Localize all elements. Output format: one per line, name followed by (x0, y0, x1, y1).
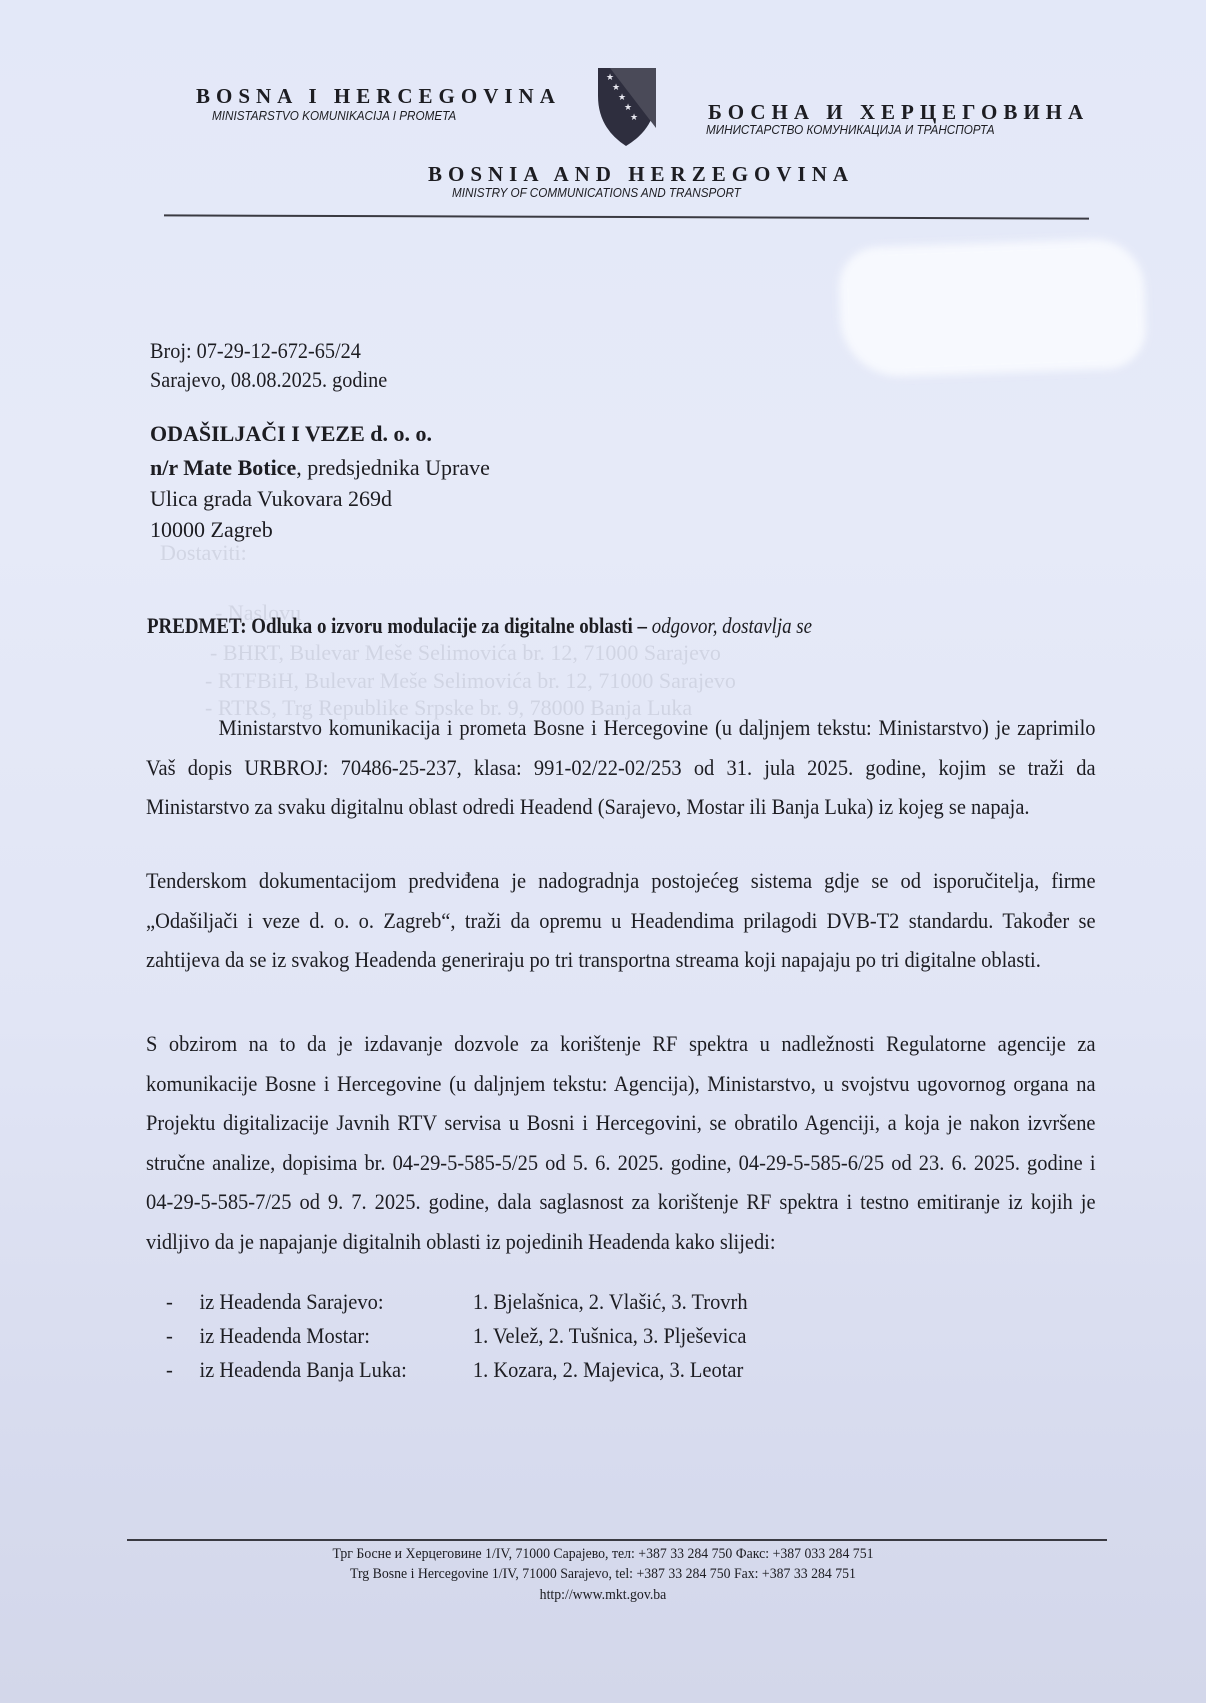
footer-address-latin: Trg Bosne i Hercegovine 1/IV, 71000 Sara… (48, 1566, 1158, 1583)
subject-label: PREDMET: (147, 613, 247, 638)
recipient-role: , predsjednika Uprave (296, 455, 490, 480)
subject-text: Odluka o izvoru modulacije za digitalne … (251, 613, 647, 638)
letterhead-title-english: BOSNIA AND HERZEGOVINA (428, 162, 854, 187)
list-item: - iz Headenda Banja Luka: 1. Kozara, 2. … (166, 1357, 173, 1383)
paragraph-2: Tenderskom dokumentacijom predviđena je … (146, 861, 1096, 980)
header-divider (164, 214, 1089, 219)
document-number: Broj: 07-29-12-672-65/24 (150, 340, 361, 362)
paragraph-3: S obzirom na to da je izdavanje dozvole … (146, 1024, 1096, 1261)
svg-text:★: ★ (624, 103, 632, 113)
recipient-street: Ulica grada Vukovara 269d (150, 488, 392, 510)
list-item: - iz Headenda Sarajevo: 1. Bjelašnica, 2… (166, 1289, 173, 1315)
place-date: Sarajevo, 08.08.2025. godine (150, 369, 387, 391)
list-value: 1. Kozara, 2. Majevica, 3. Leotar (473, 1357, 743, 1383)
letterhead-subtitle-cyrillic: МИНИСТАРСТВО КОМУНИКАЦИЈА И ТРАНСПОРТА (706, 122, 995, 137)
redaction-mark (838, 238, 1147, 379)
list-item: - iz Headenda Mostar: 1. Velež, 2. Tušni… (166, 1323, 173, 1349)
subject-line: PREDMET: Odluka o izvoru modulacije za d… (147, 615, 812, 637)
footer-divider (127, 1539, 1107, 1541)
letterhead-subtitle-latin: MINISTARSTVO KOMUNIKACIJA I PROMETA (212, 108, 456, 123)
letterhead-subtitle-english: MINISTRY OF COMMUNICATIONS AND TRANSPORT (452, 185, 741, 200)
recipient-name: n/r Mate Botice (150, 455, 296, 480)
svg-text:★: ★ (618, 93, 626, 103)
paragraph-1: Ministarstvo komunikacija i prometa Bosn… (146, 708, 1096, 827)
list-bullet: - (166, 1323, 173, 1348)
show-through-text: - BHRT, Bulevar Meše Selimovića br. 12, … (210, 640, 721, 666)
list-value: 1. Bjelašnica, 2. Vlašić, 3. Trovrh (473, 1289, 748, 1315)
coat-of-arms-icon: ★★★ ★★ (596, 66, 658, 148)
footer-address-cyrillic: Трг Босне и Херцеговине 1/IV, 71000 Сара… (48, 1546, 1158, 1563)
svg-text:★: ★ (606, 73, 614, 83)
recipient-company: ODAŠILJAČI I VEZE d. o. o. (150, 423, 432, 445)
list-value: 1. Velež, 2. Tušnica, 3. Plješevica (473, 1323, 747, 1349)
svg-text:★: ★ (630, 113, 638, 123)
recipient-attention: n/r Mate Botice, predsjednika Uprave (150, 457, 490, 479)
svg-text:★: ★ (612, 83, 620, 93)
footer-website-link[interactable]: http://www.mkt.gov.ba (48, 1587, 1158, 1604)
letterhead-title-latin: BOSNA I HERCEGOVINA (196, 84, 561, 109)
list-label: iz Headenda Sarajevo: (199, 1289, 383, 1315)
list-bullet: - (166, 1357, 173, 1382)
list-bullet: - (166, 1289, 173, 1314)
show-through-text: - RTFBiH, Bulevar Meše Selimovića br. 12… (205, 668, 736, 694)
subject-italic: odgovor, dostavlja se (652, 613, 812, 638)
show-through-text: Dostaviti: (160, 540, 247, 566)
list-label: iz Headenda Banja Luka: (199, 1357, 406, 1383)
recipient-city: 10000 Zagreb (150, 519, 273, 541)
list-label: iz Headenda Mostar: (199, 1323, 369, 1349)
